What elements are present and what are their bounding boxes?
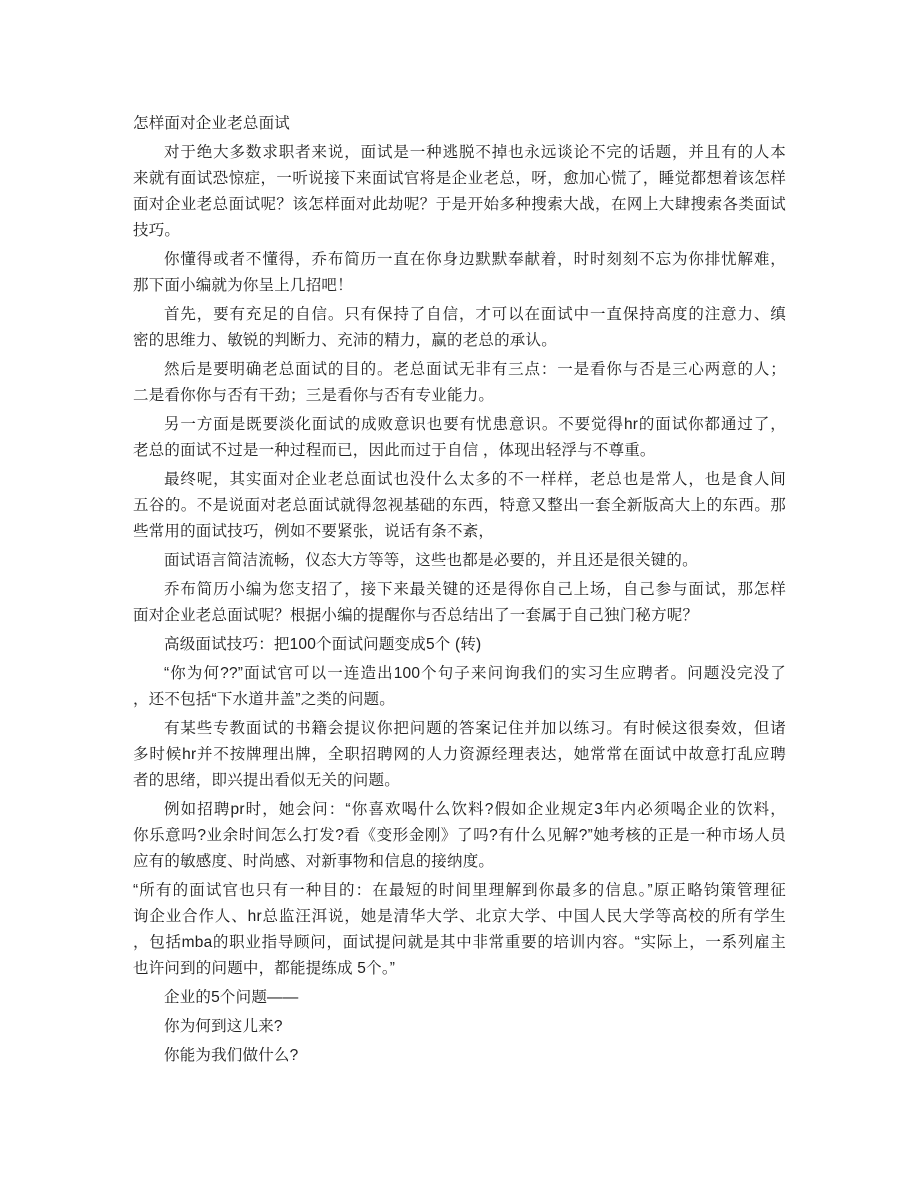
text-line: 应有的敏感度、时尚感、对新事物和信息的接纳度。 — [133, 849, 786, 875]
text-line: 你为何到这儿来? — [133, 1014, 786, 1040]
text-line: 你能为我们做什么? — [133, 1043, 786, 1069]
text-line: “你为何??”面试官可以一连造出100个句子来问询我们的实习生应聘者。问题没完没… — [133, 661, 786, 687]
text-line: 首先，要有充足的自信。只有保持了自信，才可以在面试中一直保持高度的注意力、缜 — [133, 302, 786, 328]
text-line: 另一方面是既要淡化面试的成败意识也要有忧患意识。不要觉得hr的面试你都通过了， — [133, 412, 786, 438]
text-line: ，还不包括“下水道井盖”之类的问题。 — [133, 687, 786, 713]
document-page: 怎样面对企业老总面试 对于绝大多数求职者来说，面试是一种逃脱不掉也永远谈论不完的… — [133, 111, 786, 1069]
text-line: 那下面小编就为你呈上几招吧！ — [133, 273, 786, 299]
text-line: 你乐意吗?业余时间怎么打发?看《变形金刚》了吗?有什么见解?”她考核的正是一种市… — [133, 823, 786, 849]
text-line: 最终呢，其实面对企业老总面试也没什么太多的不一样样，老总也是常人，也是食人间 — [133, 467, 786, 493]
text-line: 高级面试技巧：把100个面试问题变成5个 (转) — [133, 632, 786, 658]
text-line: 询企业合作人、hr总监汪洱说，她是清华大学、北京大学、中国人民大学等高校的所有学… — [133, 904, 786, 930]
text-line: 多时候hr并不按牌理出牌，全职招聘网的人力资源经理表达，她常常在面试中故意打乱应… — [133, 742, 786, 768]
text-line: ，包括mba的职业指导顾问，面试提问就是其中非常重要的培训内容。“实际上，一系列… — [133, 930, 786, 956]
text-line: 技巧。 — [133, 218, 786, 244]
text-line: 有某些专教面试的书籍会提议你把问题的答案记住并加以练习。有时候这很奏效，但诸 — [133, 716, 786, 742]
text-line: 密的思维力、敏锐的判断力、充沛的精力，赢的老总的承认。 — [133, 328, 786, 354]
text-line: 面对企业老总面试呢？该怎样面对此劫呢？于是开始多种搜索大战，在网上大肆搜索各类面… — [133, 192, 786, 218]
text-line: 者的思绪，即兴提出看似无关的问题。 — [133, 768, 786, 794]
text-line: 老总的面试不过是一种过程而已，因此而过于自信 ，体现出轻浮与不尊重。 — [133, 438, 786, 464]
text-line: 乔布简历小编为您支招了，接下来最关键的还是得你自己上场，自己参与面试，那怎样 — [133, 577, 786, 603]
text-line: 然后是要明确老总面试的目的。老总面试无非有三点：一是看你与否是三心两意的人； — [133, 357, 786, 383]
text-line: 来就有面试恐惊症，一听说接下来面试官将是企业老总，呀，愈加心慌了，睡觉都想着该怎… — [133, 166, 786, 192]
text-line: 企业的5个问题—— — [133, 985, 786, 1011]
text-line: 二是看你你与否有干劲；三是看你与否有专业能力。 — [133, 383, 786, 409]
text-line: 对于绝大多数求职者来说，面试是一种逃脱不掉也永远谈论不完的话题，并且有的人本 — [133, 140, 786, 166]
text-line: 面试语言简洁流畅，仪态大方等等，这些也都是必要的，并且还是很关键的。 — [133, 548, 786, 574]
document-title: 怎样面对企业老总面试 — [133, 111, 786, 137]
text-line: 你懂得或者不懂得，乔布简历一直在你身边默默奉献着，时时刻刻不忘为你排忧解难， — [133, 247, 786, 273]
text-line: 面对企业老总面试呢？根据小编的提醒你与否总结出了一套属于自己独门秘方呢？ — [133, 603, 786, 629]
text-line: 也许问到的问题中，都能提练成 5个。” — [133, 956, 786, 982]
text-line: 例如招聘pr时，她会问：“你喜欢喝什么饮料?假如企业规定3年内必须喝企业的饮料， — [133, 797, 786, 823]
text-line: “所有的面试官也只有一种目的：在最短的时间里理解到你最多的信息。”原正略钧策管理… — [133, 878, 786, 904]
text-line: 些常用的面试技巧，例如不要紧张，说话有条不紊， — [133, 519, 786, 545]
text-line: 五谷的。不是说面对老总面试就得忽视基础的东西，特意又整出一套全新版高大上的东西。… — [133, 493, 786, 519]
